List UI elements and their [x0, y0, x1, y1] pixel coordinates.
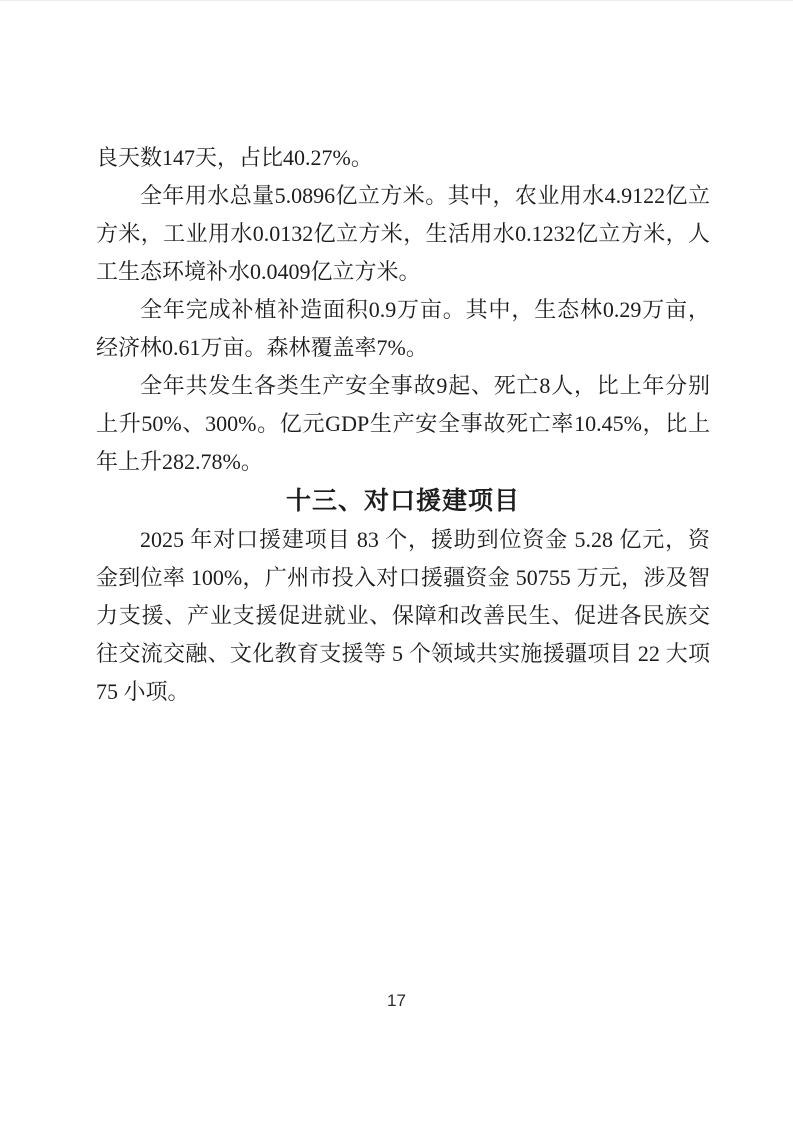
page-content: 良天数147天，占比40.27%。 全年用水总量5.0896亿立方米。其中，农业…	[96, 139, 710, 711]
paragraph-water-usage: 全年用水总量5.0896亿立方米。其中，农业用水4.9122亿立方米，工业用水0…	[96, 177, 710, 291]
paragraph-air-quality-continuation: 良天数147天，占比40.27%。	[96, 139, 710, 177]
paragraph-aid-projects: 2025 年对口援建项目 83 个，援助到位资金 5.28 亿元，资金到位率 1…	[96, 521, 710, 711]
document-page: 良天数147天，占比40.27%。 全年用水总量5.0896亿立方米。其中，农业…	[0, 0, 793, 1122]
paragraph-forestry: 全年完成补植补造面积0.9万亩。其中，生态林0.29万亩，经济林0.61万亩。森…	[96, 291, 710, 367]
page-footer: 17	[0, 991, 793, 1011]
section-heading-aid-projects: 十三、对口援建项目	[96, 481, 710, 521]
page-number: 17	[387, 991, 406, 1010]
paragraph-production-safety: 全年共发生各类生产安全事故9起、死亡8人，比上年分别上升50%、300%。亿元G…	[96, 367, 710, 481]
